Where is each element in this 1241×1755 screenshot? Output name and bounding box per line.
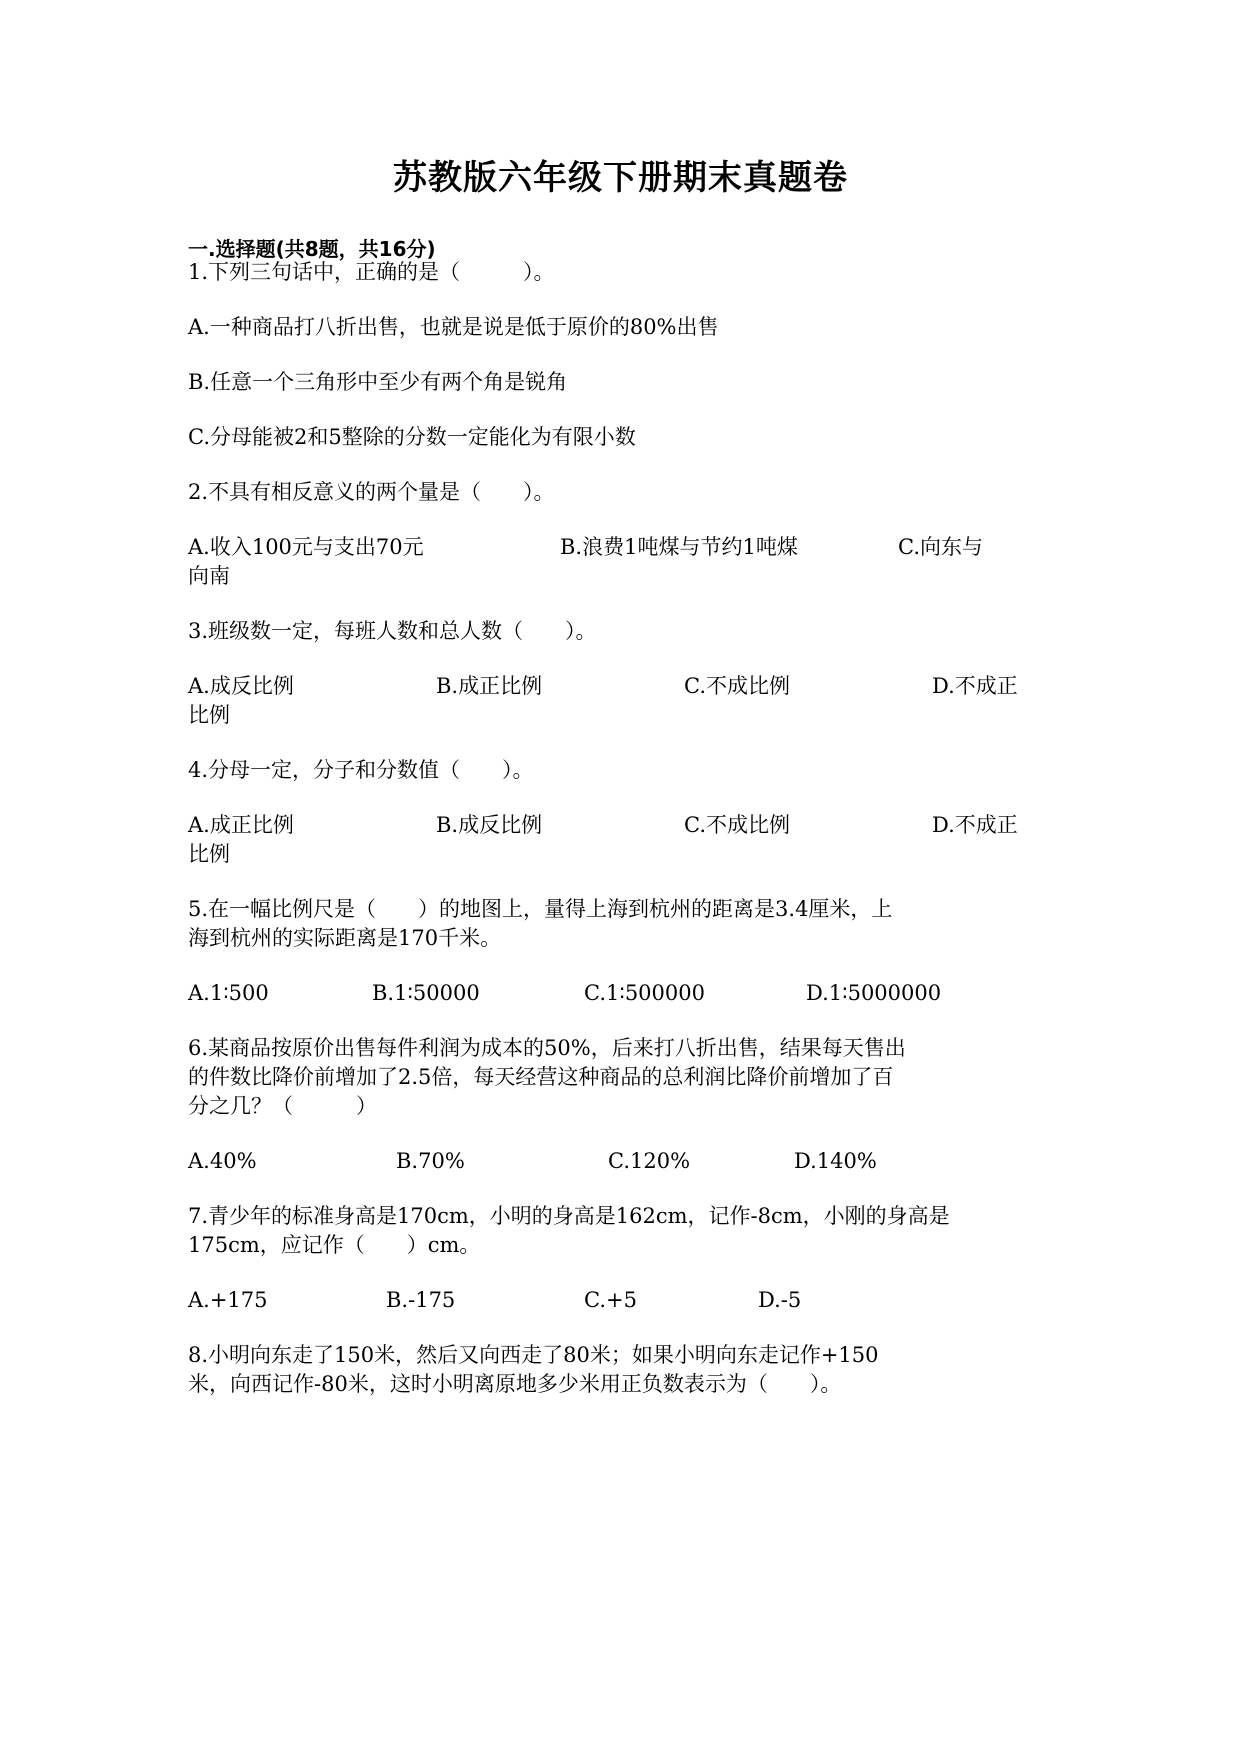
question-4-option-a: A.成正比例	[188, 810, 294, 840]
question-4-option-d-wrap: 比例	[188, 839, 230, 869]
question-5-option-d: D.1∶5000000	[806, 978, 941, 1008]
question-3-option-d-wrap: 比例	[188, 700, 230, 730]
question-3-option-c: C.不成比例	[684, 671, 790, 701]
question-6-option-c: C.120%	[608, 1146, 690, 1176]
question-7-stem-line-1: 7.青少年的标准身高是170cm，小明的身高是162cm，记作-8cm，小刚的身…	[188, 1201, 950, 1231]
question-3-option-a: A.成反比例	[188, 671, 294, 701]
question-7-option-d: D.-5	[758, 1285, 801, 1315]
question-6-option-b: B.70%	[396, 1146, 465, 1176]
question-8-stem-line-1: 8.小明向东走了150米，然后又向西走了80米；如果小明向东走记作+150	[188, 1340, 879, 1370]
question-6-stem-line-3: 分之几？（ ）	[188, 1091, 377, 1121]
question-6-option-a: A.40%	[188, 1146, 257, 1176]
question-2-option-c-wrap: 向南	[188, 561, 230, 591]
question-5-stem-line-1: 5.在一幅比例尺是（ ）的地图上，量得上海到杭州的距离是3.4厘米，上	[188, 894, 892, 924]
question-3-stem: 3.班级数一定，每班人数和总人数（ ）。	[188, 616, 597, 646]
question-5-stem-line-2: 海到杭州的实际距离是170千米。	[188, 923, 501, 953]
question-1-option-c: C.分母能被2和5整除的分数一定能化为有限小数	[188, 422, 636, 452]
question-4-option-b: B.成反比例	[436, 810, 542, 840]
question-4-options: A.成正比例 B.成反比例 C.不成比例 D.不成正	[188, 810, 1058, 840]
question-3-options: A.成反比例 B.成正比例 C.不成比例 D.不成正	[188, 671, 1058, 701]
exam-page: 苏教版六年级下册期末真题卷 一.选择题(共8题，共16分) 1.下列三句话中，正…	[0, 0, 1241, 1755]
question-5-option-b: B.1∶50000	[372, 978, 480, 1008]
question-3-option-b: B.成正比例	[436, 671, 542, 701]
question-6-option-d: D.140%	[794, 1146, 877, 1176]
question-3-option-d: D.不成正	[932, 671, 1018, 701]
question-7-stem-line-2: 175cm，应记作（ ）cm。	[188, 1230, 480, 1260]
question-2-option-b: B.浪费1吨煤与节约1吨煤	[560, 532, 798, 562]
question-2-option-a: A.收入100元与支出70元	[188, 532, 424, 562]
question-5-option-c: C.1∶500000	[584, 978, 705, 1008]
question-7-option-c: C.+5	[584, 1285, 637, 1315]
question-7-option-a: A.+175	[188, 1285, 268, 1315]
question-8-stem-line-2: 米，向西记作-80米，这时小明离原地多少米用正负数表示为（ ）。	[188, 1369, 841, 1399]
question-1-stem: 1.下列三句话中，正确的是（ ）。	[188, 257, 555, 287]
question-7-options: A.+175 B.-175 C.+5 D.-5	[188, 1285, 1058, 1315]
question-6-stem-line-2: 的件数比降价前增加了2.5倍，每天经营这种商品的总利润比降价前增加了百	[188, 1062, 893, 1092]
question-2-options: A.收入100元与支出70元 B.浪费1吨煤与节约1吨煤 C.向东与	[188, 532, 1058, 562]
question-4-option-c: C.不成比例	[684, 810, 790, 840]
question-2-stem: 2.不具有相反意义的两个量是（ ）。	[188, 477, 555, 507]
page-title: 苏教版六年级下册期末真题卷	[0, 150, 1241, 199]
question-5-option-a: A.1∶500	[188, 978, 269, 1008]
question-7-option-b: B.-175	[386, 1285, 455, 1315]
question-4-option-d: D.不成正	[932, 810, 1018, 840]
question-5-options: A.1∶500 B.1∶50000 C.1∶500000 D.1∶5000000	[188, 978, 1058, 1008]
question-6-stem-line-1: 6.某商品按原价出售每件利润为成本的50%，后来打八折出售，结果每天售出	[188, 1033, 906, 1063]
question-4-stem: 4.分母一定，分子和分数值（ ）。	[188, 755, 534, 785]
question-6-options: A.40% B.70% C.120% D.140%	[188, 1146, 1058, 1176]
question-2-option-c: C.向东与	[898, 532, 983, 562]
question-1-option-b: B.任意一个三角形中至少有两个角是锐角	[188, 367, 567, 397]
question-1-option-a: A.一种商品打八折出售，也就是说是低于原价的80%出售	[188, 312, 719, 342]
